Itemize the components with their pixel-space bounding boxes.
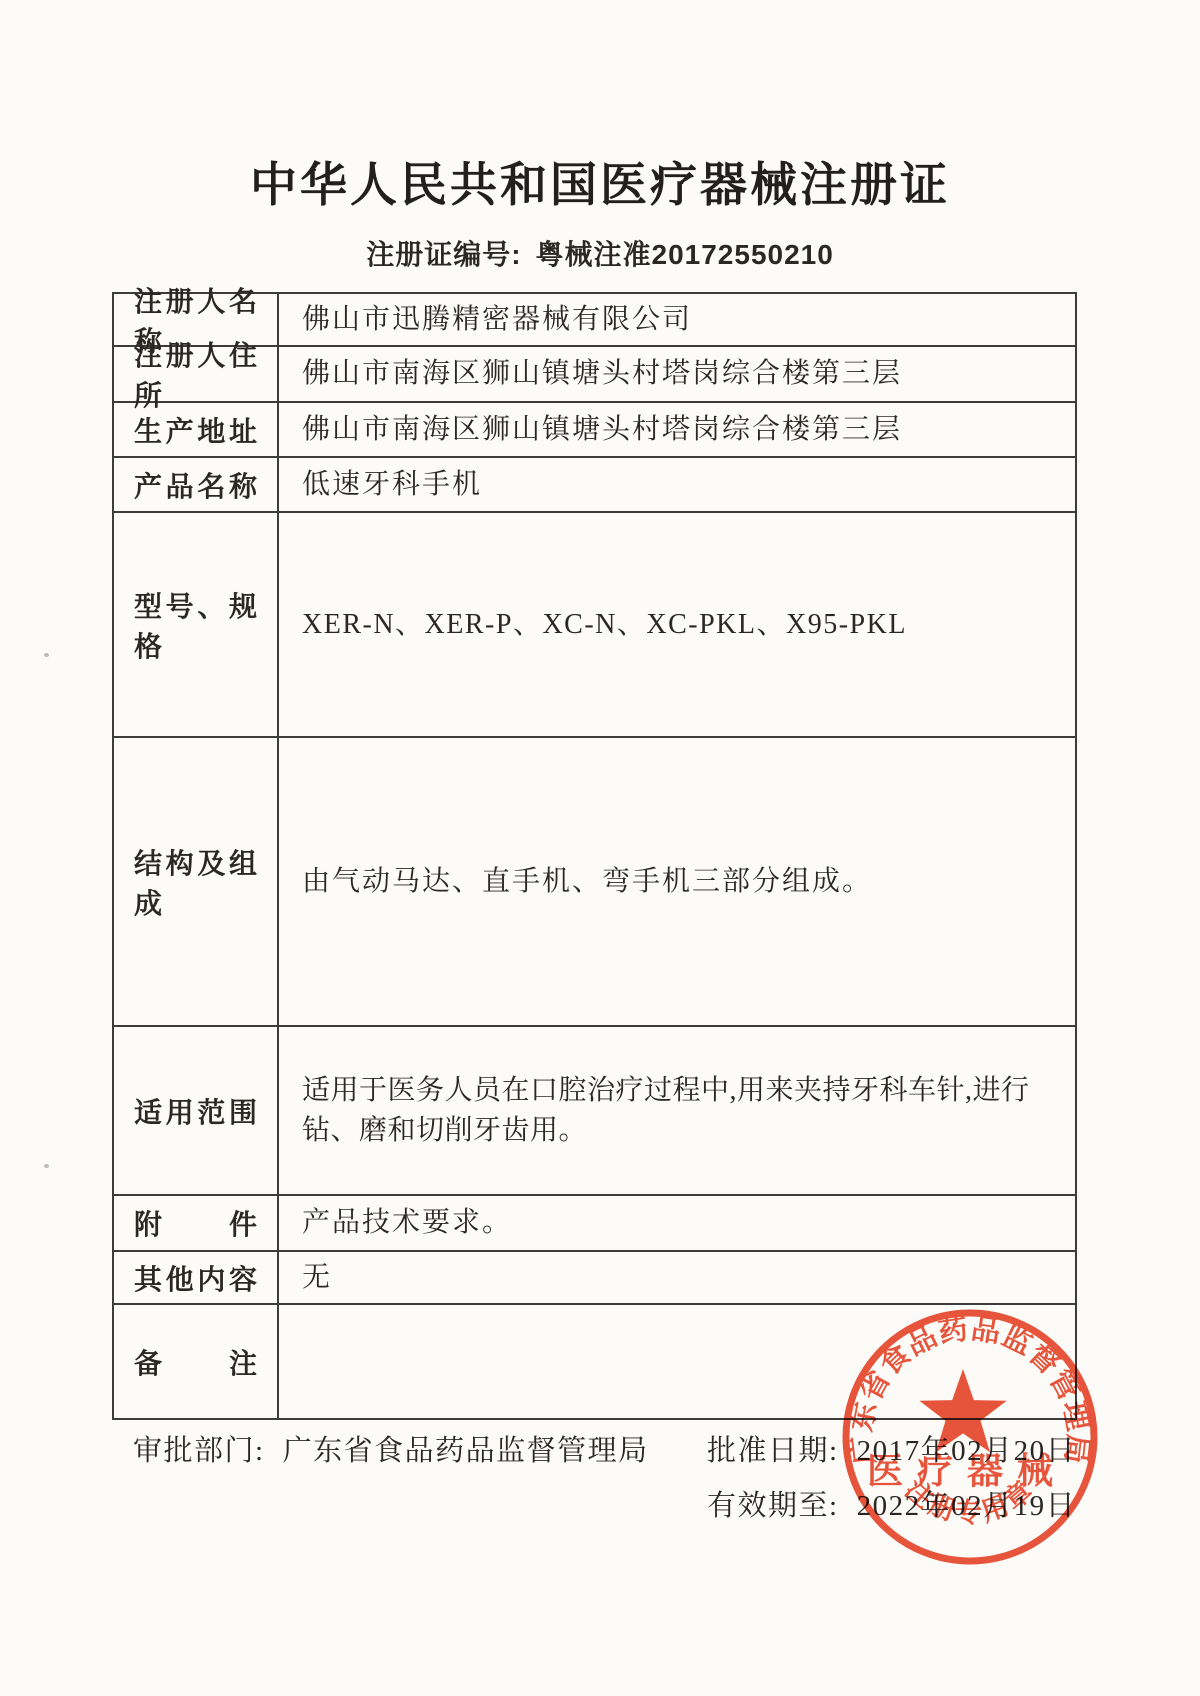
- approval-date-line: 批准日期: 2017年02月20日: [707, 1428, 1076, 1469]
- row-other-content: 其他内容 无: [114, 1252, 1075, 1305]
- row-value: 由气动马达、直手机、弯手机三部分组成。: [302, 862, 872, 902]
- certificate-table: 注册人名称 佛山市迅腾精密器械有限公司 注册人住所 佛山市南海区狮山镇塘头村塔岗…: [112, 292, 1077, 1420]
- row-value-cell: 由气动马达、直手机、弯手机三部分组成。: [279, 738, 1075, 1025]
- row-value-cell: 佛山市南海区狮山镇塘头村塔岗综合楼第三层: [279, 403, 1075, 456]
- row-label-cell: 产品名称: [114, 458, 279, 511]
- row-label-cell: 型号、规格: [114, 513, 279, 736]
- certificate-number-label: 注册证编号:: [366, 233, 521, 273]
- row-intended-use: 适用范围 适用于医务人员在口腔治疗过程中,用来夹持牙科车针,进行钻、磨和切削牙齿…: [114, 1027, 1075, 1196]
- row-attachment: 附 件 产品技术要求。: [114, 1196, 1075, 1252]
- approval-department-value: 广东省食品药品监督管理局: [283, 1428, 649, 1469]
- row-label-cell: 备 注: [114, 1305, 279, 1418]
- row-label-cell: 结构及组成: [114, 738, 279, 1025]
- row-structure-composition: 结构及组成 由气动马达、直手机、弯手机三部分组成。: [114, 738, 1075, 1027]
- row-label: 型号、规格: [114, 585, 277, 665]
- valid-until-label: 有效期至:: [707, 1483, 839, 1524]
- row-value: 产品技术要求。: [302, 1203, 512, 1243]
- row-label: 生产地址: [114, 410, 277, 450]
- row-value: 佛山市迅腾精密器械有限公司: [302, 300, 692, 340]
- row-label-cell: 生产地址: [114, 403, 279, 456]
- row-value: 佛山市南海区狮山镇塘头村塔岗综合楼第三层: [302, 410, 902, 450]
- row-value: 无: [302, 1258, 332, 1298]
- row-label: 其他内容: [114, 1258, 277, 1298]
- row-registrant-address: 注册人住所 佛山市南海区狮山镇塘头村塔岗综合楼第三层: [114, 347, 1075, 403]
- certificate-number-line: 注册证编号: 粤械注准20172550210: [0, 233, 1200, 273]
- row-value: 佛山市南海区狮山镇塘头村塔岗综合楼第三层: [302, 354, 902, 394]
- row-remarks: 备 注: [114, 1305, 1075, 1418]
- row-label: 结构及组成: [114, 842, 277, 922]
- paper-speck: [44, 1164, 49, 1168]
- row-value: 适用于医务人员在口腔治疗过程中,用来夹持牙科车针,进行钻、磨和切削牙齿用。: [302, 1071, 1057, 1151]
- row-product-name: 产品名称 低速牙科手机: [114, 458, 1075, 513]
- certificate-number-value: 粤械注准20172550210: [536, 233, 834, 273]
- row-value-cell: 产品技术要求。: [279, 1196, 1075, 1250]
- approval-date-value: 2017年02月20日: [857, 1428, 1077, 1469]
- row-value-cell: 佛山市迅腾精密器械有限公司: [279, 294, 1075, 345]
- row-label: 适用范围: [114, 1091, 277, 1131]
- approval-department-line: 审批部门: 广东省食品药品监督管理局: [133, 1428, 649, 1469]
- row-value-cell: [279, 1305, 1075, 1418]
- paper-speck: [44, 653, 49, 657]
- row-value-cell: 佛山市南海区狮山镇塘头村塔岗综合楼第三层: [279, 347, 1075, 401]
- row-label: 注册人住所: [114, 334, 277, 414]
- valid-until-value: 2022年02月19日: [857, 1483, 1077, 1524]
- certificate-page: 中华人民共和国医疗器械注册证 注册证编号: 粤械注准20172550210 注册…: [0, 0, 1200, 1696]
- row-value-cell: 低速牙科手机: [279, 458, 1075, 511]
- row-production-address: 生产地址 佛山市南海区狮山镇塘头村塔岗综合楼第三层: [114, 403, 1075, 458]
- approval-date-label: 批准日期:: [707, 1428, 839, 1469]
- page-title: 中华人民共和国医疗器械注册证: [0, 148, 1200, 215]
- row-label-cell: 适用范围: [114, 1027, 279, 1194]
- row-value-cell: XER-N、XER-P、XC-N、XC-PKL、X95-PKL: [279, 513, 1075, 736]
- row-label: 产品名称: [114, 465, 277, 505]
- row-value-cell: 无: [279, 1252, 1075, 1303]
- row-value: 低速牙科手机: [302, 465, 482, 505]
- row-value-cell: 适用于医务人员在口腔治疗过程中,用来夹持牙科车针,进行钻、磨和切削牙齿用。: [279, 1027, 1075, 1194]
- row-value: XER-N、XER-P、XC-N、XC-PKL、X95-PKL: [302, 605, 907, 645]
- row-label: 备 注: [114, 1342, 277, 1382]
- row-label: 附 件: [114, 1203, 277, 1243]
- valid-until-line: 有效期至: 2022年02月19日: [707, 1483, 1076, 1524]
- row-label-cell: 其他内容: [114, 1252, 279, 1303]
- row-model-spec: 型号、规格 XER-N、XER-P、XC-N、XC-PKL、X95-PKL: [114, 513, 1075, 738]
- row-label-cell: 注册人住所: [114, 347, 279, 401]
- row-label-cell: 附 件: [114, 1196, 279, 1250]
- approval-department-label: 审批部门:: [133, 1428, 265, 1469]
